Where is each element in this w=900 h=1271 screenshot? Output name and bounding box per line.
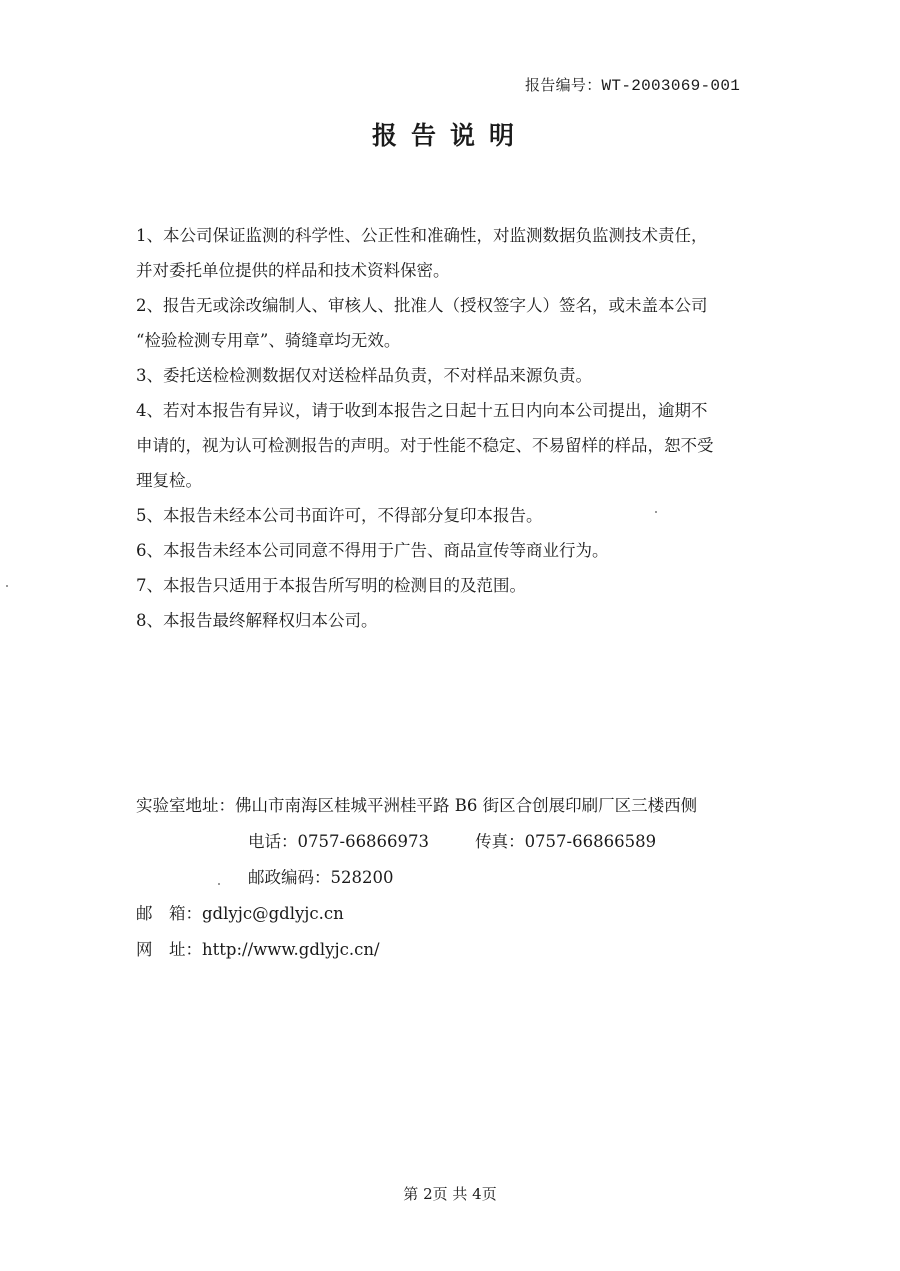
statement-line: 6、本报告未经本公司同意不得用于广告、商品宣传等商业行为。 xyxy=(136,533,776,568)
statement-item-4: 4、若对本报告有异议，请于收到本报告之日起十五日内向本公司提出，逾期不 申请的，… xyxy=(136,393,776,498)
statement-line: “检验检测专用章”、骑缝章均无效。 xyxy=(136,323,776,358)
statement-item-1: 1、本公司保证监测的科学性、公正性和准确性，对监测数据负监测技术责任， 并对委托… xyxy=(136,218,776,288)
scan-speck xyxy=(218,883,220,885)
statement-list: 1、本公司保证监测的科学性、公正性和准确性，对监测数据负监测技术责任， 并对委托… xyxy=(136,218,776,638)
statement-item-6: 6、本报告未经本公司同意不得用于广告、商品宣传等商业行为。 xyxy=(136,533,776,568)
email-label: 邮 箱： xyxy=(136,904,202,923)
phone-label: 电话： xyxy=(248,832,298,851)
statement-line: 5、本报告未经本公司书面许可，不得部分复印本报告。 xyxy=(136,498,776,533)
contact-info: 实验室地址：佛山市南海区桂城平洲桂平路 B6 街区合创展印刷厂区三楼西侧 电话：… xyxy=(136,788,697,968)
website-value: http://www.gdlyjc.cn/ xyxy=(202,940,380,959)
website-row: 网 址：http://www.gdlyjc.cn/ xyxy=(136,932,697,968)
statement-line: 理复检。 xyxy=(136,463,776,498)
phone-fax-row: 电话：0757-66866973传真：0757-66866589 xyxy=(136,824,697,860)
statement-item-7: 7、本报告只适用于本报告所写明的检测目的及范围。 xyxy=(136,568,776,603)
statement-line: 1、本公司保证监测的科学性、公正性和准确性，对监测数据负监测技术责任， xyxy=(136,218,776,253)
fax-label: 传真： xyxy=(475,832,525,851)
statement-item-2: 2、报告无或涂改编制人、审核人、批准人（授权签字人）签名，或未盖本公司 “检验检… xyxy=(136,288,776,358)
statement-line: 申请的，视为认可检测报告的声明。对于性能不稳定、不易留样的样品，恕不受 xyxy=(136,428,776,463)
statement-line: 并对委托单位提供的样品和技术资料保密。 xyxy=(136,253,776,288)
statement-line: 7、本报告只适用于本报告所写明的检测目的及范围。 xyxy=(136,568,776,603)
page-title: 报告说明 xyxy=(0,116,900,152)
email-value: gdlyjc@gdlyjc.cn xyxy=(202,904,344,923)
page-number: 第 2页 共 4页 xyxy=(0,1183,900,1204)
report-number-label: 报告编号： xyxy=(525,76,602,94)
website-label: 网 址： xyxy=(136,940,202,959)
address-value: 佛山市南海区桂城平洲桂平路 B6 街区合创展印刷厂区三楼西侧 xyxy=(235,796,697,815)
report-number: 报告编号：WT-2003069-001 xyxy=(525,74,740,95)
statement-line: 2、报告无或涂改编制人、审核人、批准人（授权签字人）签名，或未盖本公司 xyxy=(136,288,776,323)
scan-speck xyxy=(6,585,8,587)
postcode-value: 528200 xyxy=(331,868,394,887)
address-label: 实验室地址： xyxy=(136,796,235,815)
postcode-row: 邮政编码：528200 xyxy=(136,860,697,896)
report-number-value: WT-2003069-001 xyxy=(602,77,741,95)
statement-line: 8、本报告最终解释权归本公司。 xyxy=(136,603,776,638)
statement-item-5: 5、本报告未经本公司书面许可，不得部分复印本报告。 xyxy=(136,498,776,533)
phone-value: 0757-66866973 xyxy=(298,832,430,851)
postcode-label: 邮政编码： xyxy=(248,868,331,887)
address-row: 实验室地址：佛山市南海区桂城平洲桂平路 B6 街区合创展印刷厂区三楼西侧 xyxy=(136,788,697,824)
email-row: 邮 箱：gdlyjc@gdlyjc.cn xyxy=(136,896,697,932)
statement-line: 4、若对本报告有异议，请于收到本报告之日起十五日内向本公司提出，逾期不 xyxy=(136,393,776,428)
scan-speck xyxy=(655,511,657,513)
statement-item-3: 3、委托送检检测数据仅对送检样品负责，不对样品来源负责。 xyxy=(136,358,776,393)
statement-line: 3、委托送检检测数据仅对送检样品负责，不对样品来源负责。 xyxy=(136,358,776,393)
fax-value: 0757-66866589 xyxy=(525,832,657,851)
statement-item-8: 8、本报告最终解释权归本公司。 xyxy=(136,603,776,638)
